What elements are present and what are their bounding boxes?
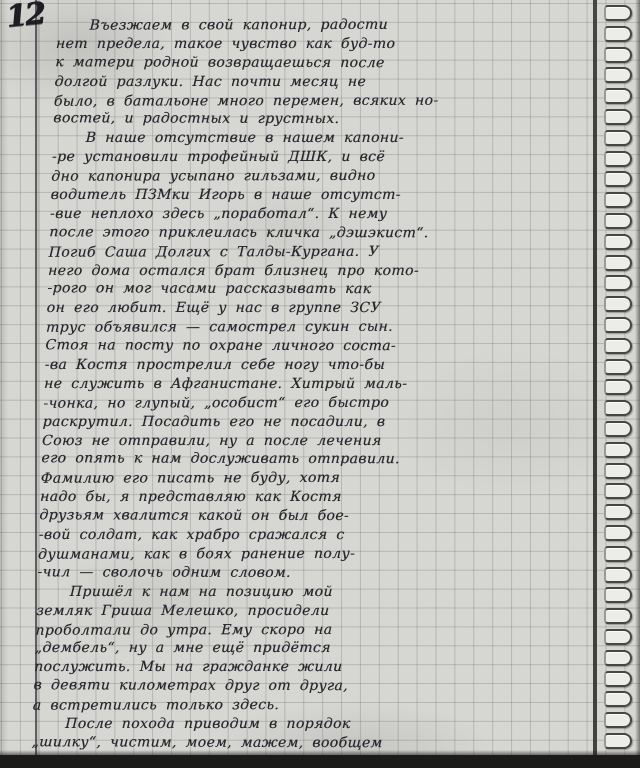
binding-hole bbox=[604, 691, 632, 707]
notebook-page: 12 Въезжаем в свой капонир, радостинет п… bbox=[0, 0, 640, 768]
binding-hole bbox=[604, 379, 632, 395]
handwritten-line: После похода приводим в порядок bbox=[32, 715, 583, 734]
handwritten-line: него дома остался брат близнец про кото- bbox=[48, 262, 599, 281]
binding-hole bbox=[604, 5, 632, 21]
handwritten-line: -чил — сволочь одним словом. bbox=[37, 563, 588, 583]
handwritten-line: он его любит. Ещё у нас в группе ЗСУ bbox=[46, 299, 597, 318]
binding-hole bbox=[604, 650, 632, 666]
binding-hole bbox=[604, 151, 632, 167]
binding-hole bbox=[604, 130, 632, 146]
binding-hole bbox=[604, 463, 632, 479]
binding-hole bbox=[604, 192, 632, 208]
binding-hole bbox=[604, 234, 632, 250]
handwritten-line: друзьям хвалится какой он был бое- bbox=[39, 506, 590, 526]
page-right-shadow bbox=[635, 0, 640, 768]
handwritten-line: Пришёл к нам на позицию мой bbox=[36, 583, 587, 602]
binding-hole bbox=[604, 213, 632, 229]
binding-hole bbox=[604, 671, 632, 687]
binding-hole bbox=[604, 338, 632, 354]
handwritten-line: в девяти километрах друг от друга, bbox=[33, 676, 584, 696]
handwritten-line: -рого он мог часами рассказывать как bbox=[47, 280, 598, 300]
handwritten-line: дно капонира усыпано гильзами, видно bbox=[51, 166, 602, 186]
handwritten-line: „дембель“, ну а мне ещё придётся bbox=[34, 639, 585, 658]
binding-hole bbox=[604, 47, 632, 63]
handwritten-line: нет предела, такое чувство как буд-то bbox=[56, 35, 607, 54]
handwritten-line: надо бы, я представляю как Костя bbox=[40, 488, 591, 507]
handwritten-line: В наше отсутствие в нашем капони- bbox=[52, 129, 603, 148]
handwritten-line: не служить в Афганистане. Хитрый маль- bbox=[44, 375, 595, 394]
binding-hole bbox=[604, 629, 632, 645]
handwritten-line: проболтали до утра. Ему скоро на bbox=[35, 620, 586, 640]
binding-hole bbox=[604, 359, 632, 375]
binding-hole bbox=[604, 546, 632, 562]
binding-hole bbox=[604, 26, 632, 42]
handwritten-line: Погиб Саша Долгих с Талды-Кургана. У bbox=[48, 242, 599, 262]
handwritten-line: душманами, как в боях ранение полу- bbox=[38, 544, 589, 564]
binding-hole bbox=[604, 275, 632, 291]
page-bottom-shadow bbox=[0, 755, 640, 768]
handwritten-line: Въезжаем в свой капонир, радости bbox=[56, 15, 607, 35]
handwritten-line: востей, и радостных и грустных. bbox=[53, 110, 604, 130]
handwritten-line: водитель ПЗМки Игорь в наше отсутст- bbox=[50, 186, 601, 205]
handwritten-line: а встретились только здесь. bbox=[32, 695, 583, 715]
binding-hole bbox=[604, 255, 632, 271]
binding-hole bbox=[604, 171, 632, 187]
binding-hole bbox=[604, 525, 632, 541]
spiral-binding-strip bbox=[597, 0, 640, 768]
binding-hole bbox=[604, 400, 632, 416]
handwritten-line: послужить. Мы на гражданке жили bbox=[34, 658, 585, 677]
binding-hole bbox=[604, 587, 632, 603]
binding-hole bbox=[604, 67, 632, 83]
binding-hole bbox=[604, 109, 632, 125]
handwritten-line: -вие неплохо здесь „поработал“. К нему bbox=[50, 205, 601, 224]
handwritten-line: -ва Костя прострелил себе ногу что-бы bbox=[44, 356, 595, 375]
handwritten-line: -вой солдат, как храбро сражался с bbox=[38, 526, 589, 545]
binding-hole bbox=[604, 567, 632, 583]
handwritten-line: долгой разлуки. Нас почти месяц не bbox=[54, 73, 605, 92]
handwritten-line: трус объявился — самострел сукин сын. bbox=[46, 318, 597, 338]
handwritten-line: Фамилию его писать не буду, хотя bbox=[40, 469, 591, 489]
binding-hole bbox=[604, 317, 632, 333]
binding-hole bbox=[604, 421, 632, 437]
handwritten-line: земляк Гриша Мелешко, просидели bbox=[36, 602, 587, 621]
binding-hole bbox=[604, 712, 632, 728]
handwritten-line: Союз не отправили, ну а после лечения bbox=[42, 432, 593, 451]
handwritten-line: после этого приклеилась кличка „дэшэкист… bbox=[49, 223, 600, 243]
handwritten-text: Въезжаем в свой капонир, радостинет пред… bbox=[31, 16, 607, 753]
handwritten-line: -ре установили трофейный ДШК, и всё bbox=[52, 148, 603, 167]
binding-hole bbox=[604, 442, 632, 458]
handwritten-line: раскрутил. Посадить его не посадили, в bbox=[42, 413, 593, 432]
binding-hole bbox=[604, 608, 632, 624]
binding-hole bbox=[604, 733, 632, 749]
handwritten-line: Стоя на посту по охране личного соста- bbox=[45, 336, 596, 356]
binding-hole bbox=[604, 88, 632, 104]
binding-hole bbox=[604, 504, 632, 520]
page-number: 12 bbox=[4, 0, 45, 35]
binding-hole bbox=[604, 296, 632, 312]
binding-hole bbox=[604, 483, 632, 499]
handwritten-line: к матери родной возвращаешься после bbox=[55, 53, 606, 73]
handwritten-line: его опять к нам дослуживать отправили. bbox=[41, 450, 592, 470]
handwritten-line: было, в батальоне много перемен, всяких … bbox=[54, 91, 605, 111]
handwritten-line: -чонка, но глупый, „особист“ его быстро bbox=[43, 393, 594, 413]
